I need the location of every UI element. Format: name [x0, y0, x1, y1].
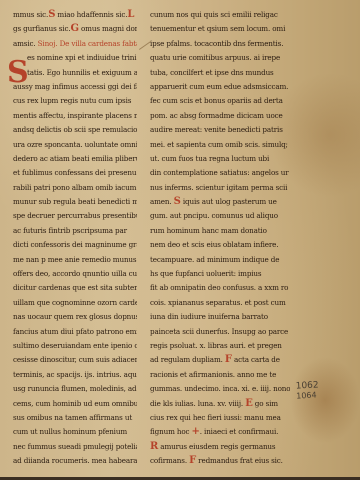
text-line: ad regulam dupliam. F acta carta de: [150, 353, 290, 367]
right-text-column: cunum nos qui quis sci emilii religacten…: [150, 8, 290, 469]
text-line: pom. ac absg formadme dicicam uoce: [150, 109, 290, 123]
text-line: nus inferms. scientur igitam perma scii: [150, 181, 290, 195]
red-initial: +: [192, 426, 200, 437]
text-line: painceta scii dunerfus. Insupg ao parce: [150, 325, 290, 339]
pencil-marginal-note: 1062 1064: [295, 380, 319, 401]
line-text: ipse pfalms. tocacontib dns fermentis.: [150, 39, 283, 48]
line-text: fancius atum diui pfato patrono emilio: [13, 327, 137, 336]
line-text: apparuerit cum eum edue adsmsiccam.: [150, 82, 288, 91]
text-line: iuna din iudiure inuiferna barrato: [150, 310, 290, 324]
red-initial: S: [174, 196, 181, 207]
text-line: offers deo, accordo qnuntio uilla cui: [13, 267, 137, 281]
text-line: munur sub regula beati benedicti mugi: [13, 195, 137, 209]
text-line: nas uocaur quem rex glosus dopnus: [13, 310, 137, 324]
text-line: amsic. Sinoj. De villa cardenas fabta: [13, 37, 137, 51]
line-text: aussy mag infimus accessi ggi dei fan: [13, 82, 137, 91]
line-text: cems, cum hominib ud eum omnibus: [13, 399, 137, 408]
line-text: regis psoluat. x. libras auri. et pregen: [150, 341, 282, 350]
text-line: cunum nos qui quis sci emilii religac: [150, 8, 290, 22]
line-text: tecampuare. ad minimum indique de: [150, 255, 279, 264]
line-text: racionis et afirmanionis. anno me te: [150, 370, 276, 379]
text-line: nec fummus sueadi pmulegij poteliar: [13, 440, 137, 454]
line-text: dicitur cardenas que est sita subter: [13, 283, 137, 292]
line-text: ura ozre sponcanta. uoluntate omnip: [13, 140, 137, 149]
text-line: audire mereat: venite benedicti patris: [150, 123, 290, 137]
text-line: hs que fupfanci uoluerit: impius: [150, 267, 290, 281]
rubric-text: Sinoj. De villa cardenas fabta: [38, 39, 137, 48]
line-text: amurus eiusdem regis germanus: [158, 442, 275, 451]
text-line: die kls iulias. luna. xv. viiij. E go si…: [150, 397, 290, 411]
text-line: fancius atum diui pfato patrono emilio: [13, 325, 137, 339]
text-line: fignum hoc +. iniaeci et confirmaui.: [150, 425, 290, 439]
red-initial: F: [189, 455, 196, 466]
line-text: iquis aut ulog pasterum ue: [181, 197, 277, 206]
line-text: rum hominum hanc mam donatio: [150, 226, 267, 235]
text-line: gs gurfianus sic.G omus magni dom: [13, 22, 137, 36]
text-line: dedero ac atiam beati emilia pliberu: [13, 152, 137, 166]
line-text: ad regulam dupliam.: [150, 355, 225, 364]
line-text: tatis. Ego hunnilis et exiguum ame: [27, 68, 137, 77]
text-line: R amurus eiusdem regis germanus: [150, 440, 290, 454]
line-text: pom. ac absg formadme dicicam uoce: [150, 111, 283, 120]
text-line: gummas. undecimo. inca. xi. e. iiij. non…: [150, 382, 290, 396]
text-line: me nan p mee anie remedio munus: [13, 253, 137, 267]
line-text: terminis, ac spacijs. ijs. intrius. aqui…: [13, 370, 137, 379]
text-line: mentis affectu, inspirante placens mulu: [13, 109, 137, 123]
text-line: aussy mag infimus accessi ggi dei fan: [13, 80, 137, 94]
text-line: cesisse dinoscitur, cum suis adiacenijs.: [13, 353, 137, 367]
text-line: racionis et afirmanionis. anno me te: [150, 368, 290, 382]
text-line: tecampuare. ad minimum indique de: [150, 253, 290, 267]
decorated-initial-s: S: [7, 58, 29, 88]
text-line: mmus sic.S miao hdaffennis sic.L: [13, 8, 137, 22]
line-text: hs que fupfanci uoluerit: impius: [150, 269, 261, 278]
text-line: terminis, ac spacijs. ijs. intrius. aqui…: [13, 368, 137, 382]
text-line: ura ozre sponcanta. uoluntate omnip: [13, 138, 137, 152]
line-text: cesisse dinoscitur, cum suis adiacenijs.: [13, 355, 137, 364]
line-text: et fublimus confessans dei presenu uene: [13, 168, 137, 177]
line-text: gum. aut pncipu. comunus ud aliquo: [150, 211, 278, 220]
line-text: andsq delictis ob scii spe remulacione: [13, 125, 137, 134]
text-line: cum ut nullus hominum pfenium: [13, 425, 137, 439]
line-text: sus omibus na tamen affirmans ut: [13, 413, 132, 422]
line-text: cum ut nullus hominum pfenium: [13, 427, 127, 436]
text-line: andsq delictis ob scii spe remulacione: [13, 123, 137, 137]
line-text: offers deo, accordo qnuntio uilla cui: [13, 269, 137, 278]
line-text: die kls iulias. luna. xv. viiij.: [150, 399, 245, 408]
line-text: ut. cum fuos tua regna luctum ubi: [150, 154, 269, 163]
line-text: cofirmans.: [150, 456, 189, 465]
line-text: es nomine xpi et indiuidue trini: [27, 53, 136, 62]
text-line: quatu urie comitibus arpuus. ai irepe: [150, 51, 290, 65]
text-line: ad diianda rocumeris. mea habearais: [13, 454, 137, 468]
text-line: tuba, concilfert et ipse dns mundus: [150, 66, 290, 80]
line-text: amen.: [150, 197, 174, 206]
text-line: sus omibus na tamen affirmans ut: [13, 411, 137, 425]
red-initial: L: [127, 9, 134, 20]
line-text: fit ab omnipatin deo confusus. a xxm ro: [150, 283, 288, 292]
line-text: cius rex qui hec fieri iussi: manu mea: [150, 413, 281, 422]
line-text: iuna din iudiure inuiferna barrato: [150, 312, 268, 321]
text-line: spe decruer percurrabus presentibus: [13, 209, 137, 223]
text-line: rabili patri pono albam omib iacum una: [13, 181, 137, 195]
red-initial: F: [225, 354, 232, 365]
text-line: apparuerit cum eum edue adsmsiccam.: [150, 80, 290, 94]
text-line: tenuementur et qsium sem locum. omi: [150, 22, 290, 36]
red-initial: G: [70, 23, 78, 34]
line-text: amsic.: [13, 39, 38, 48]
line-text: cois. xpiananus separatus. et post cum: [150, 298, 286, 307]
line-text: me nan p mee anie remedio munus: [13, 255, 136, 264]
text-line: ipse pfalms. tocacontib dns fermentis.: [150, 37, 290, 51]
text-line: cofirmans. F redmandus frat eius sic.: [150, 454, 290, 468]
line-text: ac futuris fintrib pscripsuma par: [13, 226, 127, 235]
line-text: painceta scii dunerfus. Insupg ao parce: [150, 327, 288, 336]
manuscript-page: S mmus sic.S miao hdaffennis sic.Lgs gur…: [0, 0, 360, 477]
text-line: cems, cum hominib ud eum omnibus: [13, 397, 137, 411]
line-text: omus magni dom: [79, 24, 137, 33]
text-line: gum. aut pncipu. comunus ud aliquo: [150, 209, 290, 223]
line-text: gs gurfianus sic.: [13, 24, 70, 33]
line-text: ad diianda rocumeris. mea habearais: [13, 456, 137, 465]
line-text: nus inferms. scientur igitam perma scii: [150, 183, 287, 192]
line-text: fignum hoc: [150, 427, 192, 436]
text-line: mei. et sapienta cum omib scis. simulq;: [150, 138, 290, 152]
text-line: dicti confessoris dei magninume gra.: [13, 238, 137, 252]
line-text: audire mereat: venite benedicti patris: [150, 125, 283, 134]
red-initial: R: [150, 441, 158, 452]
line-text: spe decruer percurrabus presentibus: [13, 211, 137, 220]
red-initial: E: [245, 398, 252, 409]
line-text: tenuementur et qsium sem locum. omi: [150, 24, 285, 33]
line-text: rabili patri pono albam omib iacum una: [13, 183, 137, 192]
text-line: cius rex qui hec fieri iussi: manu mea: [150, 411, 290, 425]
line-text: acta carta de: [232, 355, 280, 364]
line-text: usg rununcia flumen, moledinis, ad: [13, 384, 136, 393]
line-text: mentis affectu, inspirante placens mulu: [13, 111, 137, 120]
line-text: miao hdaffennis sic.: [55, 10, 127, 19]
line-text: dedero ac atiam beati emilia pliberu: [13, 154, 137, 163]
line-text: mei. et sapienta cum omib scis. simulq;: [150, 140, 288, 149]
text-line: usg rununcia flumen, moledinis, ad: [13, 382, 137, 396]
line-text: . iniaeci et confirmaui.: [200, 427, 278, 436]
text-line: nem deo et scis eius oblatam infiere.: [150, 238, 290, 252]
line-text: munur sub regula beati benedicti mugi: [13, 197, 137, 206]
text-line: cus rex lupm regis nutu cum ipsis: [13, 94, 137, 108]
text-line: amen. S iquis aut ulog pasterum ue: [150, 195, 290, 209]
line-text: nas uocaur quem rex glosus dopnus: [13, 312, 137, 321]
line-text: nec fummus sueadi pmulegij poteliar: [13, 442, 137, 451]
line-text: fec cum scis et bonus opariis ad derta: [150, 96, 283, 105]
text-line: ac futuris fintrib pscripsuma par: [13, 224, 137, 238]
text-line: din contemplatione satiatus: angelos ur: [150, 166, 290, 180]
text-line: dicitur cardenas que est sita subter: [13, 281, 137, 295]
marginal-date-2: 1064: [296, 390, 319, 401]
line-text: din contemplatione satiatus: angelos ur: [150, 168, 289, 177]
text-line: tatis. Ego hunnilis et exiguum ame: [13, 66, 137, 80]
text-line: fit ab omnipatin deo confusus. a xxm ro: [150, 281, 290, 295]
text-line: uillam que cognominne ozorn carde: [13, 296, 137, 310]
text-line: es nomine xpi et indiuidue trini: [13, 51, 137, 65]
text-line: ut. cum fuos tua regna luctum ubi: [150, 152, 290, 166]
line-text: uillam que cognominne ozorn carde: [13, 298, 137, 307]
text-line: rum hominum hanc mam donatio: [150, 224, 290, 238]
text-line: fec cum scis et bonus opariis ad derta: [150, 94, 290, 108]
left-text-column: S mmus sic.S miao hdaffennis sic.Lgs gur…: [13, 8, 137, 469]
line-text: redmandus frat eius sic.: [196, 456, 283, 465]
line-text: quatu urie comitibus arpuus. ai irepe: [150, 53, 280, 62]
text-line: et fublimus confessans dei presenu uene: [13, 166, 137, 180]
line-text: sultimo deseruiandam ente ipenio con: [13, 341, 137, 350]
line-text: cus rex lupm regis nutu cum ipsis: [13, 96, 131, 105]
line-text: go sim: [253, 399, 278, 408]
line-text: nem deo et scis eius oblatam infiere.: [150, 240, 278, 249]
line-text: mmus sic.: [13, 10, 48, 19]
line-text: dicti confessoris dei magninume gra.: [13, 240, 137, 249]
text-line: cois. xpiananus separatus. et post cum: [150, 296, 290, 310]
line-text: cunum nos qui quis sci emilii religac: [150, 10, 278, 19]
line-text: tuba, concilfert et ipse dns mundus: [150, 68, 274, 77]
text-line: regis psoluat. x. libras auri. et pregen: [150, 339, 290, 353]
line-text: gummas. undecimo. inca. xi. e. iiij. non…: [150, 384, 290, 393]
text-line: sultimo deseruiandam ente ipenio con: [13, 339, 137, 353]
